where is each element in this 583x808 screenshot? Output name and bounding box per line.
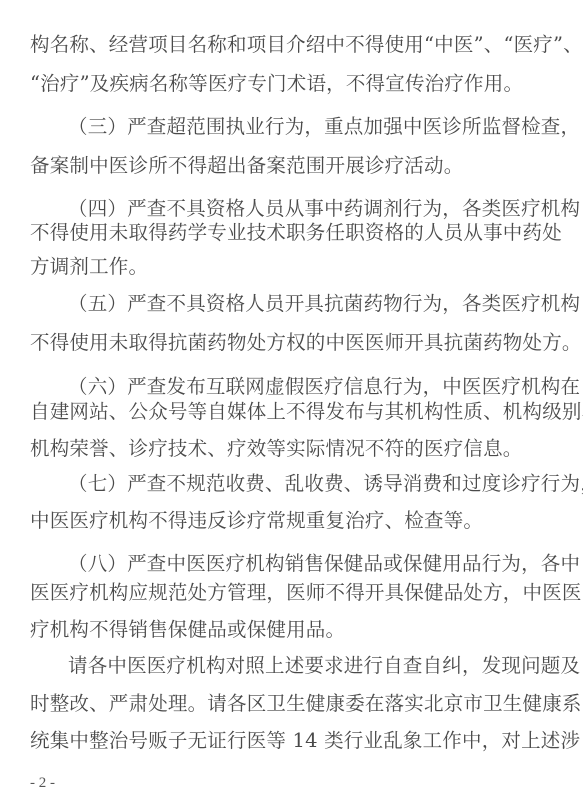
paragraph-line: “治疗”及疾病名称等医疗专门术语，不得宣传治疗作用。	[30, 71, 546, 97]
paragraph-line: 不得使用未取得药学专业技术职务任职资格的人员从事中药处	[30, 220, 546, 246]
paragraph-first-line: 请各中医医疗机构对照上述要求进行自查自纠，发现问题及	[68, 653, 546, 679]
paragraph-first-line: （四）严查不具资格人员从事中药调剂行为，各类医疗机构	[68, 196, 546, 222]
paragraph-first-line: （三）严查超范围执业行为，重点加强中医诊所监督检查，	[68, 114, 546, 140]
paragraph-line: 机构荣誉、诊疗技术、疗效等实际情况不符的医疗信息。	[30, 436, 546, 462]
paragraph-line: 方调剂工作。	[30, 254, 546, 280]
paragraph-line: 医医疗机构应规范处方管理，医师不得开具保健品处方，中医医	[30, 580, 546, 606]
paragraph-line: 自建网站、公众号等自媒体上不得发布与其机构性质、机构级别、	[30, 399, 546, 425]
page-number: - 2 -	[30, 775, 55, 792]
paragraph-line: 构名称、经营项目名称和项目介绍中不得使用“中医”、“医疗”、	[30, 32, 546, 58]
paragraph-first-line: （五）严查不具资格人员开具抗菌药物行为，各类医疗机构	[68, 291, 546, 317]
paragraph-line: 时整改、严肃处理。请各区卫生健康委在落实北京市卫生健康系	[30, 691, 546, 717]
paragraph-line: 备案制中医诊所不得超出备案范围开展诊疗活动。	[30, 153, 546, 179]
paragraph-first-line: （六）严查发布互联网虚假医疗信息行为，中医医疗机构在	[68, 374, 546, 400]
document-page: 构名称、经营项目名称和项目介绍中不得使用“中医”、“医疗”、“治疗”及疾病名称等…	[0, 0, 583, 808]
paragraph-line: 不得使用未取得抗菌药物处方权的中医医师开具抗菌药物处方。	[30, 330, 546, 356]
paragraph-line: 中医医疗机构不得违反诊疗常规重复治疗、检查等。	[30, 508, 546, 534]
paragraph-line: 疗机构不得销售保健品或保健用品。	[30, 617, 546, 643]
paragraph-line: 统集中整治号贩子无证行医等 14 类行业乱象工作中，对上述涉	[30, 728, 546, 754]
paragraph-first-line: （七）严查不规范收费、乱收费、诱导消费和过度诊疗行为，	[68, 471, 546, 497]
paragraph-first-line: （八）严查中医医疗机构销售保健品或保健用品行为，各中	[68, 551, 546, 577]
